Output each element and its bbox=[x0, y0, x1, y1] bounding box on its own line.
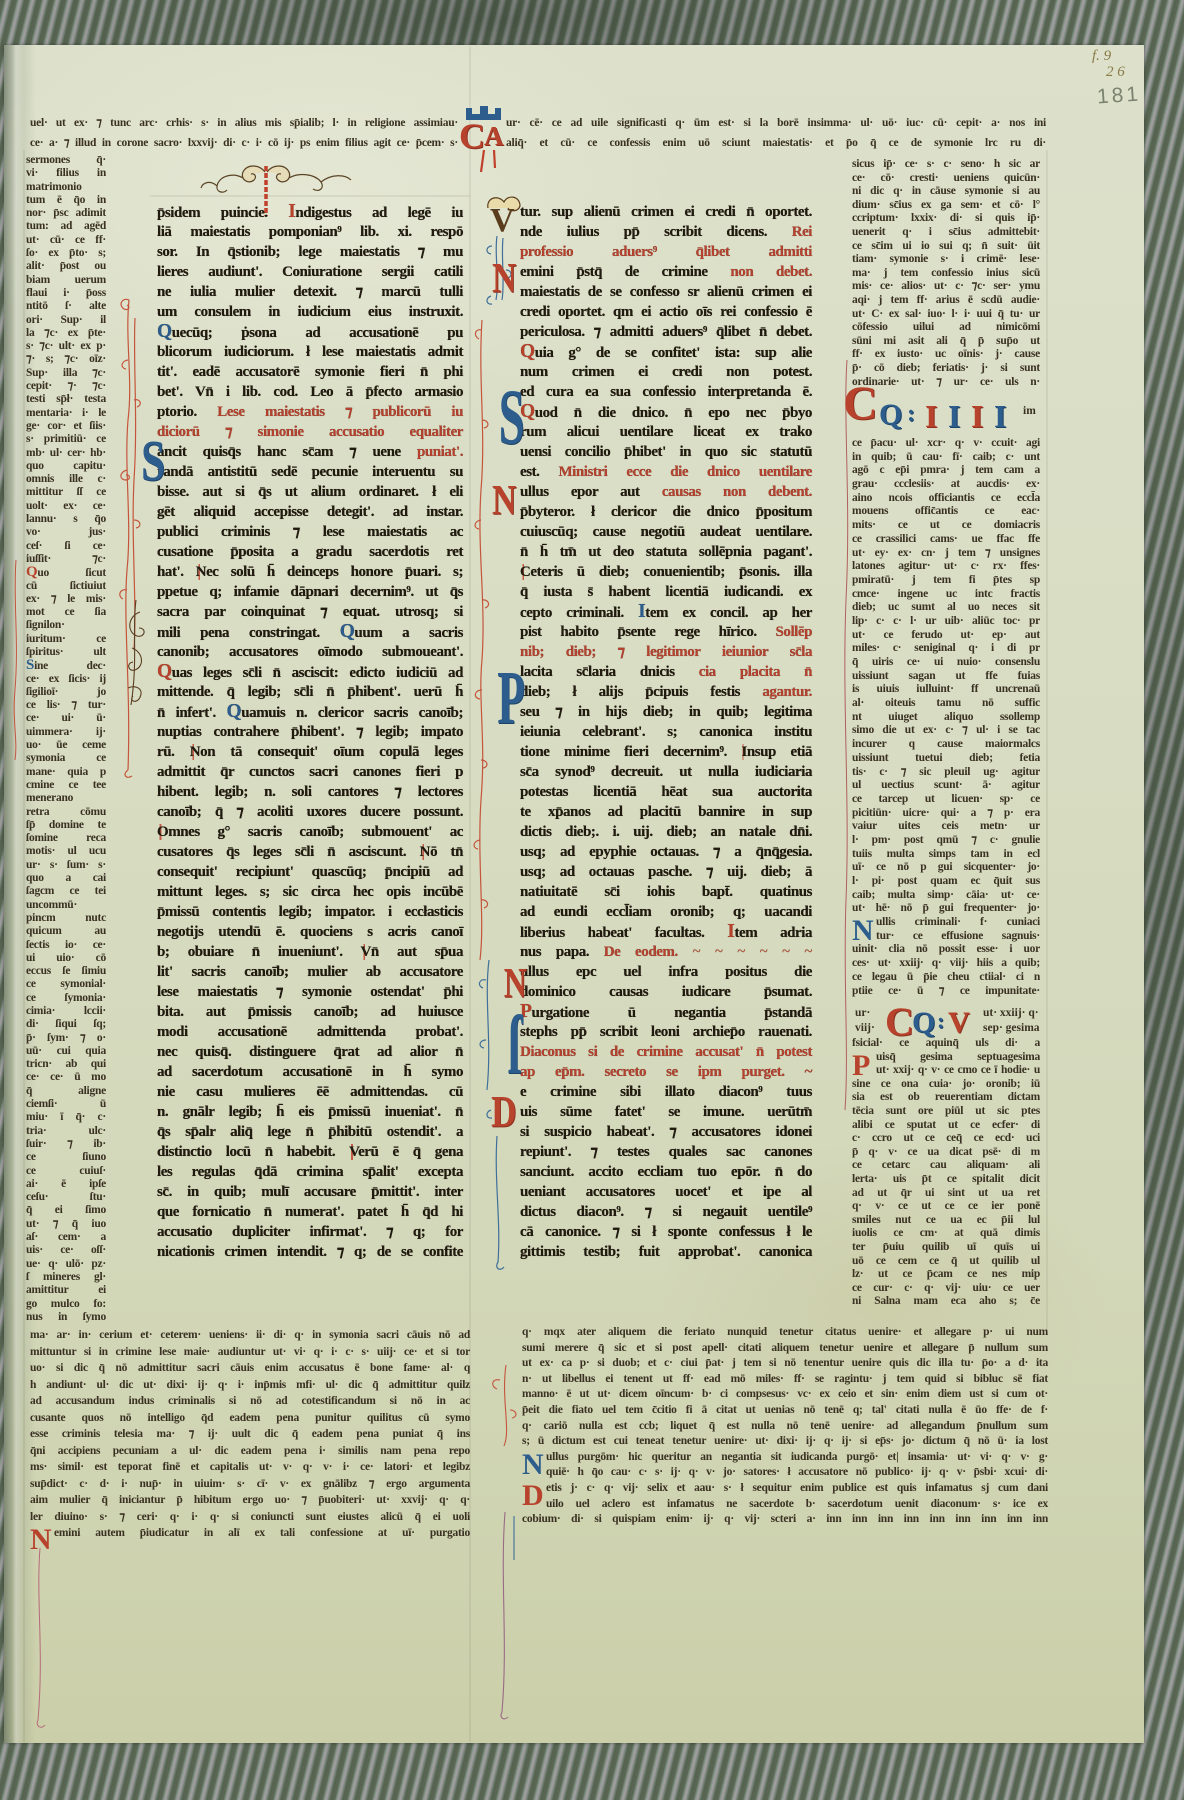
gloss-line: ce legau ū p̄ie cheu ctiial· ci n bbox=[852, 971, 1040, 985]
initial-letter: Q bbox=[157, 661, 172, 682]
text-line: mittunt leges. s; sic circa hec opis inc… bbox=[157, 882, 463, 902]
script-text: ullis criminali· f· cuniaci bbox=[876, 916, 1040, 928]
initial-indent bbox=[852, 938, 876, 939]
script-text: latones agitur· ut· c· rx· ffes· bbox=[852, 560, 1040, 572]
script-text: sia est ob reuerentiam dictam bbox=[852, 1091, 1040, 1103]
script-text: smiles nut ce ua ec p̄ii lul bbox=[852, 1214, 1040, 1226]
gloss-line: ut· C· ex sal· iuo· l· i· uui q̄ tu· ur bbox=[852, 308, 1040, 322]
initial-letter: D bbox=[522, 1481, 546, 1493]
text-line: cusatione p̄posita a gradu sacerdotis re… bbox=[157, 542, 463, 562]
initial-letter: Q bbox=[26, 564, 37, 580]
script-text: ce crassilici cams· ue ffac ffe bbox=[852, 533, 1040, 545]
touched-capital: V bbox=[361, 944, 371, 960]
text-line: Purgatione ū negantia p̄standā bbox=[520, 1002, 812, 1022]
gloss-line: ai· ē ipſe bbox=[26, 1178, 106, 1191]
script-text: lit' sacris canoīb; mulier ab accusatore bbox=[157, 964, 463, 980]
gloss-line: ccriptum· lxxix· di· si quis ip̄· bbox=[852, 212, 1040, 226]
script-text: ce legau ū p̄ie cheu ctiial· ci n bbox=[852, 971, 1040, 983]
script-text: uimmera· ij· bbox=[26, 726, 106, 738]
gloss-line: s; ū dictum est cui teneat tenetur uenir… bbox=[522, 1434, 1048, 1450]
text-line: pist habito p̄sente rege hīrico. Sollēp bbox=[520, 622, 812, 642]
initial-indent bbox=[852, 1072, 876, 1073]
gloss-line: nor· p̄sc adimit bbox=[26, 207, 106, 220]
script-text: ce sc̄im ui io sui q; n̄ suit· ūit bbox=[852, 240, 1040, 252]
script-text: sumi merere q̄ sic et si post apell· cit… bbox=[522, 1342, 1048, 1354]
gloss-line: nus in ſymo bbox=[26, 1311, 106, 1324]
script-text: gēt aliquid accepisse detegit'. ad insta… bbox=[157, 504, 463, 520]
script-text: sūni mi asit ali q̄ p̄ sup̄o ut bbox=[852, 335, 1040, 347]
gloss-line: ceſ· ſi ce· bbox=[26, 540, 106, 553]
script-text: di· ſiqui ſq; bbox=[26, 1018, 106, 1030]
script-text: ni dic q· in cāuse symonie si au bbox=[852, 185, 1040, 197]
script-text: picitiūn· uicre· qui· a ⁊ p· era bbox=[852, 807, 1040, 819]
folio-number: 181 bbox=[1096, 82, 1142, 109]
script-text: vi· filius in bbox=[26, 167, 106, 179]
heading-side-gloss: viij· bbox=[855, 1023, 875, 1035]
gloss-line: ex· ⁊ le mis· bbox=[26, 593, 106, 606]
script-text: p̄ q· v· ce ua dicat psē· di m bbox=[852, 1146, 1040, 1158]
gloss-line: testi sp̄ł· testa bbox=[26, 393, 106, 406]
text-line: negotijs utendū ē. quociens s acris cano… bbox=[157, 922, 463, 942]
gloss-line: latones agitur· ut· c· rx· ffes· bbox=[852, 560, 1040, 574]
touched-capital: V bbox=[349, 1144, 358, 1160]
script-text: urgatione ū negantia p̄standā bbox=[531, 1005, 812, 1021]
text-line: ad eundi eccl̄iam oronib; q; uacandi bbox=[520, 902, 812, 922]
script-text: q̄ ei ſimo bbox=[26, 1204, 106, 1216]
script-text: cuiuscūq; cause negotiū audeat uentilare… bbox=[520, 524, 812, 540]
text-line: ed cura ea sua confessio interpretanda ē… bbox=[520, 382, 812, 402]
gloss-line: mits· ce ut ce domiacris bbox=[852, 519, 1040, 533]
gloss-line: nt uiuget aliquo ssollemp bbox=[852, 711, 1040, 725]
gloss-line: ſomine reca bbox=[26, 832, 106, 845]
initial-letter-s: S bbox=[141, 432, 165, 490]
text-line: dominico causas iudicare p̄sumat. bbox=[520, 982, 812, 1002]
script-text: iuolis ce cm· at quā dimis bbox=[852, 1227, 1040, 1239]
script-text: canoīb; q̄ ⁊ acoliti uxores ducere possu… bbox=[157, 804, 463, 820]
script-text: n̄ aut sp̄ua bbox=[371, 944, 463, 960]
script-text: esse criminis telesia ma· ⁊ ij· uult dic… bbox=[30, 1428, 470, 1440]
text-line: publici criminis ⁊ lese maiestatis ac bbox=[157, 522, 463, 542]
top-gloss-left: uel· ut ex· ⁊ tunc arc· crhis· s· in ali… bbox=[30, 113, 458, 153]
script-text: accusatio dupliciter infirmat'. ⁊ q; for bbox=[157, 1224, 463, 1240]
gloss-line: amittitur ei bbox=[26, 1284, 106, 1297]
initial-letter-long-s: ſ bbox=[508, 1004, 521, 1088]
text-line: repiunt'. ⁊ testes quales sac canones bbox=[520, 1142, 812, 1162]
text-line: est. Ministri ecce die dnico uentilare bbox=[520, 462, 812, 482]
script-text: cepit· ⁊· ⁊c· bbox=[26, 380, 106, 392]
text-line: p̄missū contentis legib; impator. i eccł… bbox=[157, 902, 463, 922]
gloss-line: ce crassilici cams· ue ffac ffe bbox=[852, 533, 1040, 547]
script-text: ce lis· ⁊ tur· bbox=[26, 699, 106, 711]
gloss-line: lannu· s q̄o bbox=[26, 513, 106, 526]
text-line: ptorio. Lese maiestatis ⁊ publicorū iu bbox=[157, 402, 463, 422]
script-text: ex· ⁊ le mis· bbox=[26, 593, 106, 605]
text-line: um consulem in iudicium eius instruxit. bbox=[157, 302, 463, 322]
script-text: usq; ad epyphie octauas. ⁊ a q̄nq̄gesia. bbox=[520, 844, 812, 860]
text-line: consequit' recipiunt' quascūq; p̄ncipiū … bbox=[157, 862, 463, 882]
initial-letter: N bbox=[522, 1450, 546, 1462]
script-text: tum: ad agēd bbox=[26, 220, 106, 232]
script-text: menerano bbox=[26, 792, 73, 804]
script-text: modi accusationē admittenda probat'. bbox=[157, 1024, 463, 1040]
gloss-line: q̄ ei ſimo bbox=[26, 1204, 106, 1217]
text-line: ullus epor aut causas non debent. bbox=[520, 482, 812, 502]
script-text: uel· ut ex· ⁊ tunc arc· crhis· s· in ali… bbox=[30, 117, 458, 129]
gloss-line: sine ce ona cuia· jo· oronib; iū bbox=[852, 1078, 1040, 1092]
script-text: ce cur· c· q· vij· uiu· ce uer bbox=[852, 1282, 1040, 1294]
script-text: cōfessio uilui ad nimicōmi bbox=[852, 321, 1040, 333]
gloss-line: Nemini autem p̄iudicatur in alī ex tali … bbox=[30, 1525, 470, 1542]
gloss-line: ce tarcep ut licuen· sp· ce bbox=[852, 793, 1040, 807]
script-text: ō tn̄ bbox=[430, 844, 463, 860]
gloss-line: agō c ep̄i pmra· j tem cam a bbox=[852, 464, 1040, 478]
script-text: cobium· di· si quispiam enim· ij· q· vij… bbox=[522, 1513, 1048, 1525]
script-text: ce· a· ⁊ illud in corone sacro· lxxvij· … bbox=[30, 137, 458, 149]
gloss-line: sumi merere q̄ sic et si post apell· cit… bbox=[522, 1341, 1048, 1357]
gloss-line: symonia ce bbox=[26, 752, 106, 765]
heading-numeral: I bbox=[948, 400, 960, 432]
script-text: ntitō ſ· alte bbox=[26, 300, 106, 312]
text-line: nec quisq̄. distinguere q̄rat ad alior n… bbox=[157, 1042, 463, 1062]
script-text: lacita sc̄laria dnicis bbox=[520, 664, 699, 680]
text-line: sacra par coinquinat ⁊ equat. utrosq; si bbox=[157, 602, 463, 622]
script-text: ces· ut· xxiij· q· viij· hiis a quib; bbox=[852, 957, 1040, 969]
gloss-line: iuritum· ce bbox=[26, 633, 106, 646]
text-line: seu ⁊ in hijs dieb; in quib; legitima bbox=[520, 702, 812, 722]
text-line: n̄ h̄ tm̄ ut deo statuta sollēpnia pagan… bbox=[520, 542, 812, 562]
gloss-line: ur· cē· ce ad uile significasti q· ūm es… bbox=[506, 113, 1046, 133]
script-text: te xp̄anos ad placitū bannire in sup bbox=[520, 804, 812, 820]
gloss-line: ce ſiuno bbox=[26, 1151, 106, 1164]
gloss-line: l· pi· post quam ec q̄uit sus bbox=[852, 875, 1040, 889]
gloss-line: cmce· ingene uc intc fractis bbox=[852, 588, 1040, 602]
touched-capital: N bbox=[190, 744, 200, 760]
gloss-line: uenerit q· i sc̄ius admittebit· bbox=[852, 226, 1040, 240]
script-text: mb· ul· cer· hb· bbox=[26, 447, 106, 459]
text-line: usq; ad octauas pasche. ⁊ uij. dieb; ā bbox=[520, 862, 812, 882]
script-text: uissiunt sagan ut ffe fuias bbox=[852, 670, 1040, 682]
script-text: ccriptum· lxxix· di· si quis ip̄· bbox=[852, 212, 1040, 224]
script-text: ce ſiuno bbox=[26, 1151, 106, 1163]
gloss-line: lerta· uis p̄t ce spitalit dicit bbox=[852, 1173, 1040, 1187]
gloss-line: tis· c· ⁊ sic pleuil ug· agitur bbox=[852, 766, 1040, 780]
gloss-line: ſpiritus· ult bbox=[26, 646, 106, 659]
heading-side-gloss: ur· bbox=[855, 1008, 870, 1020]
rubric-text: diciorū ⁊ simonie accusatio equaliter bbox=[157, 424, 463, 440]
gloss-line: uo· ūe ceme bbox=[26, 739, 106, 752]
gloss-line: Nullis criminali· f· cuniaci bbox=[852, 916, 1040, 930]
rubric-text: nib; dieb; ⁊ legitimor ieiunior sc̄la bbox=[520, 644, 812, 660]
gloss-line: cū ſictiuiut bbox=[26, 580, 106, 593]
script-text: lz· ut ce p̄cam ce nes mip bbox=[852, 1268, 1040, 1280]
top-gloss-initial-c: C bbox=[459, 118, 485, 154]
rubric-text: Sollēp bbox=[776, 624, 812, 640]
rubric-text: non debet. bbox=[730, 264, 812, 280]
script-text: la ⁊c· ex p̄te· bbox=[26, 327, 106, 339]
script-text: go mulco fo: bbox=[26, 1298, 106, 1310]
script-text: aino ncois officiantis ce eccl̄a bbox=[852, 492, 1040, 504]
paragraph-mark: C bbox=[885, 1002, 914, 1042]
script-text: fsicial· ce aquinq̄ uls di· a bbox=[852, 1037, 1040, 1049]
script-text: uī· ce nō p gui sicquenter· jo· bbox=[852, 861, 1040, 873]
gloss-line: ad accusandum indus criminalis si nō ad … bbox=[30, 1393, 470, 1410]
text-line: blicorum iudiciorum. ł lese maiestatis a… bbox=[157, 342, 463, 362]
gloss-line: ler diuino· s· ⁊ ceri· q· i· q· si coniu… bbox=[30, 1509, 470, 1526]
gloss-line: ſuir· ⁊ ib· bbox=[26, 1138, 106, 1151]
script-text: aliq̄· et cū· ce confessis enim uō sciun… bbox=[506, 137, 1046, 149]
script-text: vaiur uites ceis metn· ur bbox=[852, 820, 1040, 832]
text-line: p̄byteror. ł clericor die dnico p̄positu… bbox=[520, 502, 812, 522]
text-line: Quas leges sc̄li n̄ asciscit: edicto iud… bbox=[157, 662, 463, 682]
script-text: ur· cē· ce ad uile significasti q· ūm es… bbox=[506, 117, 1046, 129]
text-line: admittit q̄r cunctos sacri canones fieri… bbox=[157, 762, 463, 782]
heading-numeral: I bbox=[971, 400, 983, 432]
script-text: ce p̄acu· ul· xcr· q· v· ccuit· agi bbox=[852, 437, 1040, 449]
script-text: amittitur ei bbox=[26, 1284, 106, 1296]
script-text: ad sacerdotum accusationē in h̄ symo bbox=[157, 1064, 463, 1080]
gloss-line: ul uectius scunt· ā· agitur bbox=[852, 779, 1040, 793]
script-text: uamuis n. clericor sacris canoīb; bbox=[241, 705, 463, 721]
script-text: q· mqx ater aliquem die feriato nunquid … bbox=[522, 1326, 1048, 1338]
gloss-line: ter p̄uiu quilib uī quīs ui bbox=[852, 1241, 1040, 1255]
script-text: n· ut libellus ei tenent ut ff· ead mō m… bbox=[522, 1373, 1048, 1385]
script-text: testi sp̄ł· testa bbox=[26, 393, 106, 405]
script-text: mili pena constringat. bbox=[157, 625, 340, 641]
gloss-line: ff· ex iusto· uc oīnis· j· cause bbox=[852, 348, 1040, 362]
text-line: periculosa. ⁊ admitti aduers⁹ q̄libet n̄… bbox=[520, 322, 812, 342]
script-text: q̄ uiris ce· ui nuio· consenslu bbox=[852, 656, 1040, 668]
gloss-line: quiē· h q̄o cau· c· s· ij· q· v· jo· sat… bbox=[522, 1465, 1048, 1481]
gloss-line: ntitō ſ· alte bbox=[26, 300, 106, 313]
script-text: s· ⁊c· ult· ex p· bbox=[26, 340, 106, 352]
touched-capital: N bbox=[420, 844, 430, 860]
gloss-line: iuolis ce cm· at quā dimis bbox=[852, 1227, 1040, 1241]
gloss-line: uel· ut ex· ⁊ tunc arc· crhis· s· in ali… bbox=[30, 113, 458, 133]
gloss-line: motis· ul ucu bbox=[26, 845, 106, 858]
script-text: ut· C· ex sal· iuo· l· i· uui q̄ tu· ur bbox=[852, 308, 1040, 320]
heading-numeral: I bbox=[925, 400, 937, 432]
text-line: tur. sup alienū crimen ei credi n̄ oport… bbox=[520, 202, 812, 222]
script-text: is uiuis iulluint· ff uncrenaū bbox=[852, 683, 1040, 695]
initial-letter: N bbox=[30, 1525, 54, 1537]
question-heading-q4: C Q : I I I I im bbox=[843, 380, 1043, 434]
script-text: tria· ulc· bbox=[26, 1125, 106, 1137]
gloss-line: ori· Sup· il bbox=[26, 314, 106, 327]
script-text: nus in ſymo bbox=[26, 1311, 106, 1323]
gloss-line: ut· ⁊ q̄ iuo bbox=[26, 1218, 106, 1231]
gloss-line: sup̄dict· c· d· i· nup̄· in uiuim· s· cī… bbox=[30, 1476, 470, 1493]
gloss-line: h andiunt· ul· dic ut· dixi· ij· q· i· i… bbox=[30, 1377, 470, 1394]
script-text: ppetue q; infamie dāpnari decernim⁹. ut … bbox=[157, 584, 463, 600]
script-text: ad ut q̄r ui sint ut ua ret bbox=[852, 1187, 1040, 1199]
gloss-line: iuſſit· ⁊c· bbox=[26, 553, 106, 566]
script-text: que fornicatio n̄ numerat'. patet h̄ q̄d… bbox=[157, 1204, 463, 1220]
script-text: ceſ· ſi ce· bbox=[26, 540, 106, 552]
script-text: sc̄. in quib; mulī accusare p̄mittit'. i… bbox=[157, 1184, 463, 1200]
script-text: lieres audiunt'. Coniuratione sergii cat… bbox=[157, 264, 463, 280]
text-line: Omnes g° sacris canoīb; submouent' ac bbox=[157, 822, 463, 842]
script-text: iuſſit· ⁊c· bbox=[26, 553, 106, 565]
heading-separator: : bbox=[907, 402, 915, 426]
script-text: uas leges sc̄li n̄ asciscit: edicto iudi… bbox=[172, 665, 463, 681]
top-gloss-right: ur· cē· ce ad uile significasti q· ūm es… bbox=[506, 113, 1046, 153]
script-text: p̄· ſym· ⁊ o· bbox=[26, 1032, 106, 1044]
gloss-line: incurer q cause maiormalcs bbox=[852, 738, 1040, 752]
script-text: sup̄dict· c· d· i· nup̄· in uiuim· s· cī… bbox=[30, 1478, 470, 1490]
gloss-line: tiam· symonie s· i crimē· lese· bbox=[852, 253, 1040, 267]
script-text: mittende. q̄ legib; sc̄li n̄ p̄hibent'. … bbox=[157, 684, 463, 700]
gloss-line: di· ſiqui ſq; bbox=[26, 1018, 106, 1031]
text-line: maiestatis de se confesso sr alienū crim… bbox=[520, 282, 812, 302]
gloss-line: uū· cui quia bbox=[26, 1045, 106, 1058]
script-text: ce tarcep ut licuen· sp· ce bbox=[852, 793, 1040, 805]
text-line: emini p̄stq̄ de crimine non debet. bbox=[520, 262, 812, 282]
script-text: canonib; accusatores oīmodo submoueant'. bbox=[157, 644, 463, 660]
touched-capital: C bbox=[520, 564, 530, 580]
gloss-line: q̄ aligne bbox=[26, 1085, 106, 1098]
text-line: nde iulius pp̄ scribit dicens. Rei bbox=[520, 222, 812, 242]
text-line: canoīb; q̄ ⁊ acoliti uxores ducere possu… bbox=[157, 802, 463, 822]
script-text: ſigilioī· jo bbox=[26, 686, 106, 698]
script-text: ori· Sup· il bbox=[26, 314, 106, 326]
script-text: lerta· uis p̄t ce spitalit dicit bbox=[852, 1173, 1040, 1185]
gloss-line: mb· ul· cer· hb· bbox=[26, 447, 106, 460]
script-text: matrimonio bbox=[26, 181, 82, 193]
gloss-left-margin: sermones q̄·vi· filius inmatrimoniotum ē… bbox=[26, 154, 106, 1324]
script-text: nor· p̄sc adimit bbox=[26, 207, 106, 219]
gloss-line: cmine ce tee bbox=[26, 779, 106, 792]
script-text: pincm nutc bbox=[26, 912, 106, 924]
script-text: nus papa. bbox=[520, 944, 604, 960]
gloss-line: vaiur uites ceis metn· ur bbox=[852, 820, 1040, 834]
rubric-text: Lese maiestatis ⁊ publicorū iu bbox=[217, 404, 463, 420]
gloss-line: aino ncois officiantis ce eccl̄a bbox=[852, 492, 1040, 506]
script-text: dium· sc̄ius ex ga sem· et cō· l° bbox=[852, 199, 1040, 211]
gloss-line: quo capitu· bbox=[26, 460, 106, 473]
initial-indent bbox=[522, 1506, 546, 1507]
script-text: ieiunia celebrant'. s; canonica institu bbox=[520, 724, 812, 740]
initial-letter-p: P bbox=[497, 660, 525, 736]
text-line: ap ep̄m. secreto se ipm purget. ~ bbox=[520, 1062, 812, 1082]
script-text: symonia ce bbox=[26, 752, 106, 764]
script-text: sermones q̄· bbox=[26, 154, 106, 166]
text-line: cuiuscūq; cause negotiū audeat uentilare… bbox=[520, 522, 812, 542]
gloss-line: cepit· ⁊· ⁊c· bbox=[26, 380, 106, 393]
text-line: canonib; accusatores oīmodo submoueant'. bbox=[157, 642, 463, 662]
heading-q-letter: Q bbox=[912, 1008, 935, 1038]
text-line: sc̄a synod⁹ decreuit. ut nulla iudiciari… bbox=[520, 762, 812, 782]
gloss-line: cōfessio uilui ad nimicōmi bbox=[852, 321, 1040, 335]
text-line: nus papa. De eodem. ~ ~ ~ ~ ~ ~ bbox=[520, 942, 812, 962]
script-text: potestas licentiā hēat sua auctorita bbox=[520, 784, 812, 800]
text-line: e crimine sibi illato diacon⁹ tuus bbox=[520, 1082, 812, 1102]
script-text: ueniant accusatores uocet' et ipe al bbox=[520, 1184, 812, 1200]
script-text: q̄ni accipiens pecuniam a ul· dic eadem … bbox=[30, 1445, 470, 1457]
gloss-line: ces· ut· xxiij· q· viij· hiis a quib; bbox=[852, 957, 1040, 971]
gloss-line: lip· c· c· l· ur uib· aliūc toc· pr bbox=[852, 615, 1040, 629]
script-text: eccus ſe ſimiu bbox=[26, 965, 106, 977]
script-text: ullus purgōm· hic queritur an negantia s… bbox=[546, 1451, 1048, 1463]
gloss-line: miu· ī q̄· c· bbox=[26, 1111, 106, 1124]
gloss-line: ce· ce· ū mo bbox=[26, 1071, 106, 1084]
script-text: tur· ce effusione sagnuis· bbox=[876, 930, 1040, 942]
script-text: emini autem p̄iudicatur in alī ex tali c… bbox=[54, 1527, 470, 1539]
script-text: cmine ce tee bbox=[26, 779, 106, 791]
gloss-line: quicum au bbox=[26, 925, 106, 938]
script-text: uod n̄ die dnico. n̄ epo nec p̄byo bbox=[535, 405, 812, 421]
script-text: nt uiuget aliquo ssollemp bbox=[852, 711, 1040, 723]
initial-letter: N bbox=[852, 916, 876, 928]
gloss-line: tuiis multa simps tam in ecl bbox=[852, 848, 1040, 862]
text-line: nib; dieb; ⁊ legitimor ieiunior sc̄la bbox=[520, 642, 812, 662]
gloss-line: ad ut q̄r ui sint ut ua ret bbox=[852, 1187, 1040, 1201]
script-text: bet'. Vn̄ i lib. cod. Leo ā p̄fecto arma… bbox=[157, 384, 463, 400]
gloss-right-block-c: fsicial· ce aquinq̄ uls di· aPuisq̄ gesi… bbox=[852, 1037, 1040, 1309]
script-text: s· primitiū· ce bbox=[26, 433, 106, 445]
text-line: liberius habeat' facultas. Item adria bbox=[520, 922, 812, 942]
script-text: ut· ce ferudo ut· ep· aut bbox=[852, 629, 1040, 641]
script-text: ſo· ex p̄to· s; bbox=[26, 247, 106, 259]
script-text: mits· ce ut ce domiacris bbox=[852, 519, 1040, 531]
gloss-line: omnis ille c· bbox=[26, 473, 106, 486]
script-text: ui uio· cō bbox=[26, 952, 106, 964]
script-text: ce· ex ſicis· ij bbox=[26, 673, 106, 685]
gloss-line: l· pm· post qmū ⁊ c· gnulie bbox=[852, 834, 1040, 848]
gloss-line: ce p̄acu· ul· xcr· q· v· ccuit· agi bbox=[852, 437, 1040, 451]
paragraph-mark: C bbox=[843, 380, 878, 428]
gloss-line: mot ce ſia bbox=[26, 606, 106, 619]
rubric-text: cia placita n̄ bbox=[699, 664, 812, 680]
gloss-line: s· ⁊c· ult· ex p· bbox=[26, 340, 106, 353]
text-line: Quod n̄ die dnico. n̄ epo nec p̄byo bbox=[520, 402, 812, 422]
script-text: ſomine reca bbox=[26, 832, 106, 844]
text-line: Ceteris ū dieb; conuenientib; p̄sonis. i… bbox=[520, 562, 812, 582]
script-text: uissiunt tuetui dieb; fetia bbox=[852, 752, 1040, 764]
script-text: p̄missū contentis legib; impator. i eccł… bbox=[157, 904, 463, 920]
gloss-line: ut· hē· nō p̄ gui frequenter· jo· bbox=[852, 902, 1040, 916]
script-text: q̄ aligne bbox=[26, 1085, 106, 1097]
script-text: blicorum iudiciorum. ł lese maiestatis a… bbox=[157, 344, 463, 360]
script-text: pmiratū· j tem fi p̄tes sp bbox=[852, 574, 1040, 586]
gloss-line: ur· s· ſum· s· bbox=[26, 859, 106, 872]
heading-q-letter: Q bbox=[879, 400, 902, 430]
script-text: ut· xxij· q· v· ce cmo ce ī hodie· u bbox=[876, 1064, 1040, 1076]
script-text: cepto criminali. bbox=[520, 605, 638, 621]
text-line: cepto criminali. Item ex concil. ap her bbox=[520, 602, 812, 622]
script-text: pist habito p̄sente rege hīrico. bbox=[520, 624, 776, 640]
text-line: n. gnālr legib; h̄ eis p̄missū inueniat'… bbox=[157, 1102, 463, 1122]
ink-shelf-note: 2 6 bbox=[1106, 64, 1125, 81]
script-text: dieb; uc sumt al uo neces sit bbox=[852, 601, 1040, 613]
gloss-line: sermones q̄· bbox=[26, 154, 106, 167]
text-line: dictus diacon⁹. ⁊ si negauit uentile⁹ bbox=[520, 1202, 812, 1222]
gloss-line: ſo· ex p̄to· s; bbox=[26, 247, 106, 260]
script-text: c· ccro ut ce ceq̄ ce ecd· uci bbox=[852, 1132, 1040, 1144]
script-text: stephs pp̄ scribit leoni archiep̄o rauen… bbox=[520, 1024, 812, 1040]
gloss-line: tricn· ab qui bbox=[26, 1058, 106, 1071]
text-line: tione minime fieri decernim⁹. Insup etiā bbox=[520, 742, 812, 762]
gloss-line: is uiuis iulluint· ff uncrenaū bbox=[852, 683, 1040, 697]
gloss-line: Sup· illa ⁊c· bbox=[26, 367, 106, 380]
gloss-line: aim mulier q̄ iniciantur p̄ hibitum ergo… bbox=[30, 1492, 470, 1509]
gloss-line: ſagcm ce tei bbox=[26, 885, 106, 898]
gloss-line: alit· p̄ost ou bbox=[26, 260, 106, 273]
initial-letter: Q bbox=[340, 621, 355, 642]
script-text: ullus epc uel infra positus die bbox=[520, 964, 812, 980]
script-text: mane· quia p bbox=[26, 766, 106, 778]
text-line: bisse. aut si q̄s ut alium ordinaret. ł … bbox=[157, 482, 463, 502]
script-text: sacra par coinquinat ⁊ equat. utrosq; si bbox=[157, 604, 463, 620]
